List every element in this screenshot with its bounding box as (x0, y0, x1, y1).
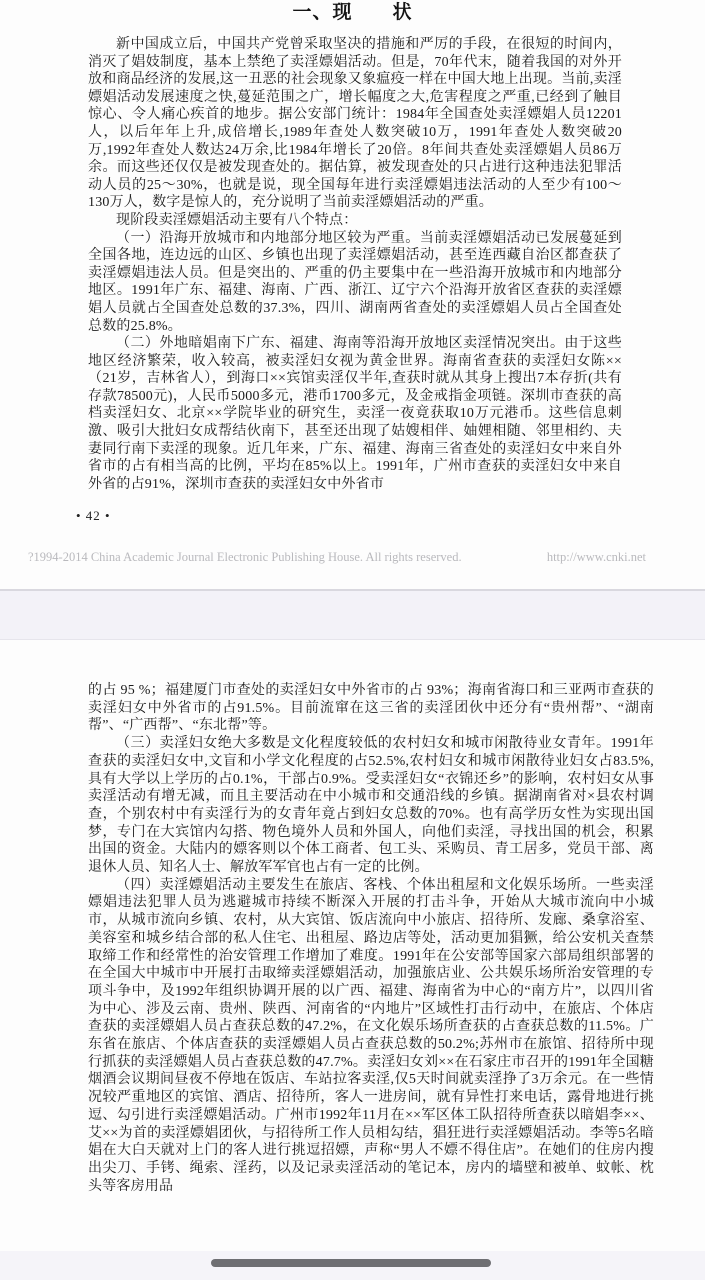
page-2-body: 的占 95 %；福建厦门市查处的卖淫妇女中外省市的占 93%；海南省海口和三亚两… (88, 682, 654, 1195)
page-separator (0, 589, 705, 640)
watermark-text: ?1994-2014 China Academic Journal Electr… (28, 550, 462, 565)
paragraph: （四）卖淫嫖娼活动主要发生在旅店、客栈、个体出租屋和文化娱乐场所。一些卖淫嫖娼违… (88, 877, 654, 1196)
page-number: • 42 • (76, 508, 111, 524)
page-1-body: 新中国成立后，中国共产党曾采取坚决的措施和严厉的手段，在很短的时间内，消灭了娼妓… (88, 36, 622, 493)
paragraph: （一）沿海开放城市和内地部分地区较为严重。当前卖淫嫖娼活动已发展蔓延到全国各地，… (88, 230, 622, 336)
scanned-page-2: 的占 95 %；福建厦门市查处的卖淫妇女中外省市的占 93%；海南省海口和三亚两… (0, 640, 705, 1251)
bottom-bar (0, 1251, 705, 1280)
paragraph: 的占 95 %；福建厦门市查处的卖淫妇女中外省市的占 93%；海南省海口和三亚两… (88, 682, 654, 735)
section-title: 一、现 状 (0, 0, 705, 24)
scanned-page-1: 一、现 状 新中国成立后，中国共产党曾采取坚决的措施和严厉的手段，在很短的时间内… (0, 0, 705, 589)
watermark-url: http://www.cnki.net (547, 550, 646, 565)
watermark: ?1994-2014 China Academic Journal Electr… (28, 550, 646, 565)
paragraph: 新中国成立后，中国共产党曾采取坚决的措施和严厉的手段，在很短的时间内，消灭了娼妓… (88, 36, 622, 212)
home-indicator[interactable] (211, 1259, 491, 1267)
paragraph: 现阶段卖淫嫖娼活动主要有八个特点： (88, 212, 622, 230)
paragraph: （三）卖淫妇女绝大多数是文化程度较低的农村妇女和城市闲散待业女青年。1991年查… (88, 735, 654, 877)
paragraph: （二）外地暗娼南下广东、福建、海南等沿海开放地区卖淫情况突出。由于这些地区经济繁… (88, 335, 622, 493)
